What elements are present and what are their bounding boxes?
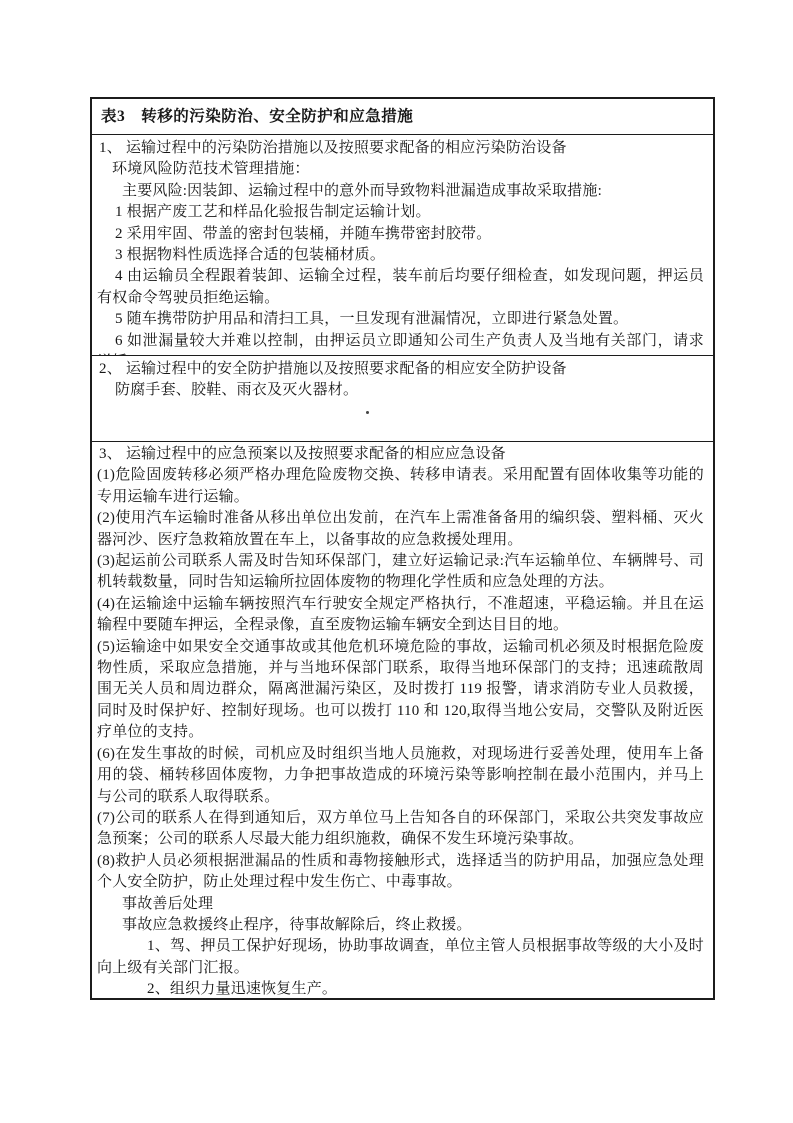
s3-item-8: (8)救护人员必须根据泄漏品的性质和毒物接触形式，选择适当的防护用品，加强应急处…: [97, 851, 704, 894]
section-pollution-prevention: 1、 运输过程中的污染防治措施以及按照要求配备的相应污染防治设备 环境风险防范技…: [92, 135, 713, 356]
s1-measure-3: 3 根据物料性质选择合适的包装桶材质。: [97, 245, 704, 266]
scanned-document-page: 表3 转移的污染防治、安全防护和应急措施 1、 运输过程中的污染防治措施以及按照…: [0, 0, 793, 1123]
s3-item-7: (7)公司的联系人在得到通知后，双方单位马上告知各自的环保部门，采取公共突发事故…: [97, 808, 704, 851]
s3-aftermath-heading: 事故善后处理: [97, 894, 704, 915]
s1-risk-management-line: 环境风险防范技术管理措施：: [97, 159, 704, 180]
section-safety-protection: 2、 运输过程中的安全防护措施以及按照要求配备的相应安全防护设备 防腐手套、胶鞋…: [92, 356, 713, 442]
s3-aftermath-step-2: 2、组织力量迅速恢复生产。: [97, 979, 704, 998]
s1-measure-4: 4 由运输员全程跟着装卸、运输全过程，装车前后均要仔细检查，如发现问题，押运员有…: [97, 266, 704, 309]
s1-measure-5: 5 随车携带防护用品和清扫工具，一旦发现有泄漏情况，立即进行紧急处置。: [97, 309, 704, 330]
s1-measure-6: 6 如泄漏量较大并难以控制，由押运员立即通知公司生产负责人及当地有关部门，请求增…: [97, 331, 704, 356]
section-emergency-plan: 3、 运输过程中的应急预案以及按照要求配备的相应应急设备 (1)危险固废转移必须…: [92, 442, 713, 998]
transfer-measures-table: 表3 转移的污染防治、安全防护和应急措施 1、 运输过程中的污染防治措施以及按照…: [90, 97, 715, 1000]
s2-heading: 2、 运输过程中的安全防护措施以及按照要求配备的相应安全防护设备: [97, 359, 704, 380]
s3-item-3: (3)起运前公司联系人需及时告知环保部门，建立好运输记录:汽车运输单位、车辆牌号…: [97, 551, 704, 594]
scan-artifact-speck: [366, 411, 369, 414]
s1-measure-2: 2 采用牢固、带盖的密封包装桶，并随车携带密封胶带。: [97, 224, 704, 245]
table-title: 表3 转移的污染防治、安全防护和应急措施: [97, 106, 413, 127]
s2-equipment-line: 防腐手套、胶鞋、雨衣及灭火器材。: [97, 380, 704, 401]
s3-item-2: (2)使用汽车运输时准备从移出单位出发前，在汽车上需准备备用的编织袋、塑料桶、灭…: [97, 508, 704, 551]
s1-main-risk-line: 主要风险:因装卸、运输过程中的意外而导致物料泄漏造成事故采取措施:: [97, 181, 704, 202]
s3-aftermath-step-1: 1、驾、押员工保护好现场，协助事故调查，单位主管人员根据事故等级的大小及时向上级…: [97, 936, 704, 979]
s3-item-5: (5)运输途中如果安全交通事故或其他危机环境危险的事故，运输司机必须及时根据危险…: [97, 637, 704, 744]
s1-measure-1: 1 根据产废工艺和样品化验报告制定运输计划。: [97, 202, 704, 223]
s3-item-4: (4)在运输途中运输车辆按照汽车行驶安全规定严格执行，不准超速，平稳运输。并且在…: [97, 594, 704, 637]
table-title-row: 表3 转移的污染防治、安全防护和应急措施: [92, 99, 713, 135]
s1-heading: 1、 运输过程中的污染防治措施以及按照要求配备的相应污染防治设备: [97, 138, 704, 159]
s3-item-6: (6)在发生事故的时候，司机应及时组织当地人员施救，对现场进行妥善处理，使用车上…: [97, 744, 704, 808]
s3-termination-line: 事故应急救援终止程序，待事故解除后，终止救援。: [97, 915, 704, 936]
s3-heading: 3、 运输过程中的应急预案以及按照要求配备的相应应急设备: [97, 444, 704, 465]
s3-item-1: (1)危险固废转移必须严格办理危险废物交换、转移申请表。采用配置有固体收集等功能…: [97, 465, 704, 508]
